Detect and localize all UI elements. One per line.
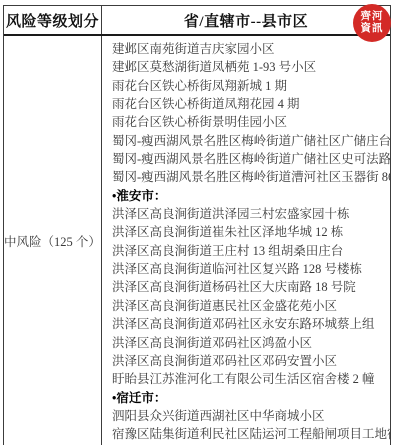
region-row: 建邺区莫愁湖街道凤栖苑 1-93 号小区 — [112, 58, 386, 76]
region-row: 蜀冈-瘦西湖风景名胜区梅岭街道广储社区史可法路 10 号 — [112, 150, 386, 168]
region-row: 建邺区南苑街道吉庆家园小区 — [112, 40, 386, 58]
stamp-line-1: 齊河 — [361, 11, 384, 23]
column-header-region: 省/直辖市--县市区 — [102, 6, 390, 34]
city-header-row: •淮安市： — [112, 187, 386, 205]
region-row: 洪泽区高良涧街道邓码社区永安东路环城蔡上组 — [112, 315, 386, 333]
table-body-row: 中风险（125 个） 建邺区南苑街道吉庆家园小区建邺区莫愁湖街道凤栖苑 1-93… — [4, 36, 390, 445]
region-row: 蜀冈-瘦西湖风景名胜区梅岭街道广储社区广储庄台 — [112, 132, 386, 150]
region-row: 盱眙县江苏淮河化工有限公司生活区宿舍楼 2 幢 — [112, 370, 386, 388]
column-header-risk-level: 风险等级划分 — [4, 6, 102, 34]
risk-level-cell: 中风险（125 个） — [4, 36, 102, 445]
region-row: 宿豫区陆集街道利民社区陆运河工程船闸项目工地宿舍区 — [112, 425, 386, 443]
region-row: 洪泽区高良涧街道邓码社区鸿盈小区 — [112, 334, 386, 352]
region-row: 洪泽区高良涧街道王庄村 13 组胡桑田庄台 — [112, 242, 386, 260]
region-list: 建邺区南苑街道吉庆家园小区建邺区莫愁湖街道凤栖苑 1-93 号小区雨花台区铁心桥… — [102, 36, 390, 445]
qihe-news-stamp-icon: 齊河 資訊 — [353, 4, 391, 42]
table-header-row: 风险等级划分 省/直辖市--县市区 — [4, 6, 390, 36]
region-row: 洪泽区高良涧街道临河社区复兴路 128 号楼栋 — [112, 260, 386, 278]
region-row: 泗阳县众兴街道西湖社区中华商城小区 — [112, 407, 386, 425]
stamp-line-2: 資訊 — [361, 23, 384, 35]
risk-table: 风险等级划分 省/直辖市--县市区 中风险（125 个） 建邺区南苑街道吉庆家园… — [3, 5, 391, 445]
region-row: 雨花台区铁心桥街凤翔新城 1 期 — [112, 77, 386, 95]
region-row: 洪泽区高良涧街道杨码社区大庆南路 18 号院 — [112, 278, 386, 296]
region-row: 雨花台区铁心桥街道凤翔花园 4 期 — [112, 95, 386, 113]
region-row: 洪泽区高良涧街道崔朱社区泽地华城 12 栋 — [112, 223, 386, 241]
region-row: 蜀冈-瘦西湖风景名胜区梅岭街道漕河社区玉器街 86-1 号 — [112, 168, 386, 186]
region-row: 洪泽区高良涧街道惠民社区金盛花苑小区 — [112, 297, 386, 315]
region-row: 洪泽区高良涧街道洪泽园三村宏盛家园十栋 — [112, 205, 386, 223]
region-row: 雨花台区铁心桥街景明佳园小区 — [112, 113, 386, 131]
risk-table-page: 风险等级划分 省/直辖市--县市区 中风险（125 个） 建邺区南苑街道吉庆家园… — [0, 0, 400, 445]
city-header-row: •宿迁市： — [112, 389, 386, 407]
region-row: 洪泽区高良涧街道邓码社区邓码安置小区 — [112, 352, 386, 370]
